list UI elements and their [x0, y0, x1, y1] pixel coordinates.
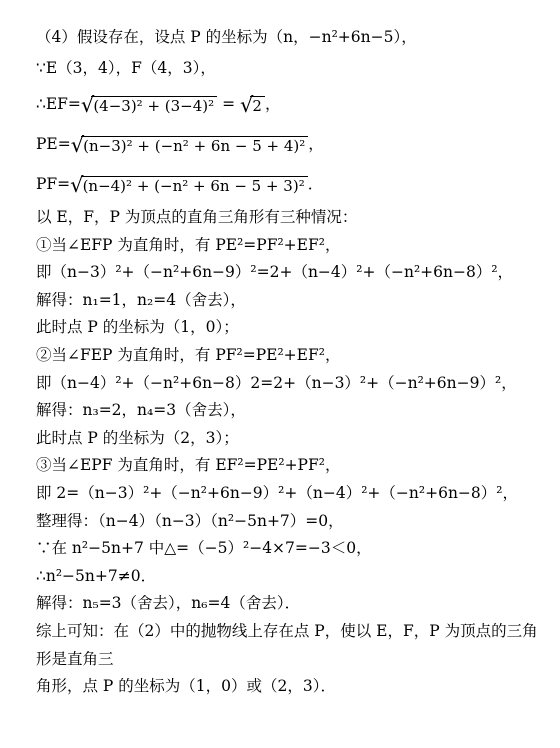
radicand: (4−3)² + (3−4)²: [91, 96, 217, 117]
solution-line-21: 综上可知：在（2）中的抛物线上存在点 P，使以 E，F，P 为顶点的三角形是直角…: [36, 618, 538, 673]
solution-line-09: 解得：n₁=1，n₂=4（舍去），: [36, 287, 538, 315]
sqrt-expression: √(n−4)² + (−n² + 6n − 5 + 3)²: [70, 175, 308, 193]
solution-line-22: 角形，点 P 的坐标为（1，0）或（2，3）．: [36, 673, 538, 701]
solution-line-17: 整理得：（n−4）（n−3）（n²−5n+7）=0，: [36, 508, 538, 536]
math-solution-document: （4）假设存在，设点 P 的坐标为（n，−n²+6n−5）， ∵E（3，4），F…: [0, 0, 560, 748]
solution-line-08: 即（n−3）²+（−n²+6n−9）²=2+（n−4）²+（−n²+6n−8）²…: [36, 259, 538, 287]
solution-line-07: ①当∠EFP 为直角时，有 PE²=PF²+EF²，: [36, 232, 538, 260]
solution-line-13: 解得：n₃=2，n₄=3（舍去），: [36, 397, 538, 425]
solution-line-16: 即 2=（n−3）²+（−n²+6n−9）²+（n−4）²+（−n²+6n−8）…: [36, 480, 538, 508]
radicand: (n−3)² + (−n² + 6n − 5 + 4)²: [81, 136, 308, 157]
formula-equals: =: [217, 95, 240, 113]
formula-prefix: PE=: [36, 135, 71, 153]
formula-suffix: ．: [308, 175, 324, 193]
sqrt-expression: √(4−3)² + (3−4)²: [81, 95, 217, 113]
solution-line-12: 即（n−4）²+（−n²+6n−8）2=2+（n−3）²+（−n²+6n−9）²…: [36, 370, 538, 398]
solution-line-05: PF=√(n−4)² + (−n² + 6n − 5 + 3)²．: [36, 164, 538, 204]
solution-line-04: PE=√(n−3)² + (−n² + 6n − 5 + 4)²，: [36, 124, 538, 164]
solution-line-02: ∵E（3，4），F（4，3），: [36, 53, 538, 84]
solution-line-19: ∴n²−5n+7≠0．: [36, 563, 538, 591]
solution-line-11: ②当∠FEP 为直角时，有 PF²=PE²+EF²，: [36, 342, 538, 370]
formula-suffix: ，: [308, 135, 324, 153]
formula-prefix: PF=: [36, 175, 70, 193]
radicand: 2: [250, 96, 265, 117]
sqrt-expression: √2: [240, 95, 265, 113]
formula-suffix: ，: [265, 95, 281, 113]
solution-line-10: 此时点 P 的坐标为（1，0）；: [36, 314, 538, 342]
sqrt-expression: √(n−3)² + (−n² + 6n − 5 + 4)²: [71, 135, 309, 153]
radicand: (n−4)² + (−n² + 6n − 5 + 3)²: [81, 176, 308, 197]
solution-line-06: 以 E，F，P 为顶点的直角三角形有三种情况：: [36, 204, 538, 232]
solution-line-14: 此时点 P 的坐标为（2，3）；: [36, 425, 538, 453]
solution-line-15: ③当∠EPF 为直角时，有 EF²=PE²+PF²，: [36, 452, 538, 480]
solution-line-20: 解得：n₅=3（舍去），n₆=4（舍去）．: [36, 590, 538, 618]
formula-prefix: ∴EF=: [36, 95, 81, 113]
solution-line-01: （4）假设存在，设点 P 的坐标为（n，−n²+6n−5），: [36, 22, 538, 53]
solution-line-18: ∵在 n²−5n+7 中△=（−5）²−4×7=−3＜0，: [36, 535, 538, 563]
solution-line-03: ∴EF=√(4−3)² + (3−4)² = √2，: [36, 84, 538, 124]
